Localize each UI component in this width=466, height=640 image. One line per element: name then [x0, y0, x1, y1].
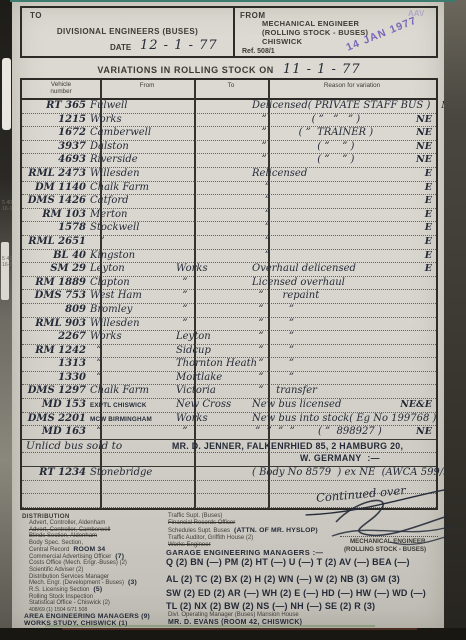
garage-code-line: TL (2) NX (2) BW (2) NS (—) NH (—) SE (2…: [166, 601, 446, 611]
vehicle-number: RT 365: [24, 100, 86, 111]
garage-code-line: SW (2) ED (2) AR (—) WH (2) E (—) HD (—)…: [166, 588, 446, 598]
stock-code: NE: [416, 127, 432, 138]
from-cell: Camberwell: [90, 127, 192, 138]
reason-text: ” ”: [252, 345, 294, 356]
reason-cell: ” ”: [252, 318, 432, 329]
sold-note-right: MR. D. JENNER, FALKENRHIED 85, 2 HAMBURG…: [172, 441, 403, 451]
variations-table: Vehicle number From To Reason for variat…: [20, 78, 438, 510]
reason-text: Delicensed: [252, 100, 308, 111]
reason-cell: ” transfer: [252, 385, 432, 396]
reason-cell: ” ”: [252, 372, 432, 383]
table-row: 1330 ”Mortlake ” ”: [22, 372, 436, 386]
reason-cell: New bus licensedNE&E: [252, 399, 432, 410]
reason-text: ” transfer: [252, 385, 317, 396]
stock-code: NE: [416, 114, 432, 125]
reason-cell: ”( ” ” )NE: [252, 154, 432, 165]
reason-text: ”: [252, 114, 267, 125]
reason-cell: ”( ” ” )NE: [252, 141, 432, 152]
reason-cell: ”E: [252, 195, 432, 206]
reason-cell: ( Body No 8579 ) ex NE (AWCA 599/917): [252, 467, 432, 478]
title-text: VARIATIONS IN ROLLING STOCK ON: [97, 65, 274, 75]
distribution-item: Advert, Controller, Camberwell: [22, 527, 170, 534]
traffic-item-text: Schedules Supt. Buses: [168, 528, 230, 534]
distribution-item-text: Central Record: [29, 547, 69, 553]
from-cell: Riverside: [90, 154, 192, 165]
reason-text: ( Body No 8579 ) ex NE (AWCA 599/917): [252, 467, 466, 478]
table-row: DM 1140Chalk Farm ”E: [22, 182, 436, 196]
title-date-handwritten: 11 - 1 - 77: [283, 62, 361, 77]
vehicle-number: SM 29: [24, 263, 86, 274]
paper-edge-under-page: [2, 58, 11, 130]
reason-text: ”: [252, 141, 267, 152]
traffic-item-text: Financial Records Officer: [168, 520, 235, 526]
table-row-sold2: W. GERMANY :—: [22, 453, 436, 467]
vehicle-number: DMS 1297: [24, 385, 86, 396]
vehicle-number: RM 1242: [24, 345, 86, 356]
garage-code-line: AL (2) TC (2) BX (2) H (2) WN (—) W (2) …: [166, 574, 446, 584]
reason-text: ”: [252, 154, 267, 165]
date-handwritten: 12 - 1 - 77: [140, 38, 218, 53]
distribution-item: Advert, Controller, Aldenham: [22, 520, 170, 527]
distribution-item: Scientific Adviser (2): [22, 567, 170, 574]
reason-cell: ”E: [252, 209, 432, 220]
reason-cell: ” ” ” ”( ” 898927 )NE: [252, 426, 432, 437]
table-row: BL 40Kingston ”E: [22, 250, 436, 264]
distribution-item: Costs Office (Mech. Engr.-Buses) (2): [22, 560, 170, 567]
from-cell: Stonebridge: [90, 467, 192, 478]
reason-cell: ” ”: [252, 345, 432, 356]
header-box: TO DIVISIONAL ENGINEERS (BUSES) DATE 12 …: [20, 6, 438, 58]
vehicle-number: 1215: [24, 114, 86, 125]
table-row: 809Bromley ” ” ”: [22, 304, 436, 318]
distribution-item-text: Statistical Office - Chiswick (2): [29, 600, 110, 606]
reason-text: ” ”: [252, 358, 294, 369]
table-row: 2267WorksLeyton ” ”: [22, 331, 436, 345]
traffic-item: Traffic Auditor, Griffith House (2): [168, 535, 328, 542]
reason-cell: ”E: [252, 222, 432, 233]
handwritten-annotation: (ATTN. OF MR. HYSLOP): [234, 527, 318, 534]
table-row: DMS 1297Chalk FarmVictoria ” transfer: [22, 385, 436, 399]
table-body: RT 365FulwellDelicensed( PRIVATE STAFF B…: [22, 100, 436, 508]
stock-code: E: [425, 182, 432, 193]
from-cell: Catford: [90, 195, 192, 206]
reason-cell: ”E: [252, 250, 432, 261]
reason-cell: Delicensed( PRIVATE STAFF BUS )NE: [252, 100, 432, 111]
distribution-item: Blinds Section, Aldenham: [22, 533, 170, 540]
table-row: 4693Riverside ”( ” ” )NE: [22, 154, 436, 168]
table-row: MD 163 ” ” ” ” ” ”( ” 898927 )NE: [22, 426, 436, 440]
distribution-title: DISTRIBUTION: [22, 513, 170, 520]
reason-cell: ”E: [252, 236, 432, 247]
vehicle-number: DMS 753: [24, 290, 86, 301]
distribution-item-text: Rolling Stock Inspection: [29, 594, 93, 600]
ref-number: Ref. 508/1: [242, 48, 275, 55]
handwritten-annotation: (3): [128, 579, 137, 586]
table-row: 1672Camberwell ”( ” TRAINER )NE: [22, 127, 436, 141]
from-cell: Stockwell: [90, 222, 192, 233]
table-row: 3937Dalston ”( ” ” )NE: [22, 141, 436, 155]
table-row: RT 365FulwellDelicensed( PRIVATE STAFF B…: [22, 100, 436, 114]
reason-text: ”: [252, 250, 270, 261]
reason-text: ”: [252, 209, 270, 220]
from-cell: Merton: [90, 209, 192, 220]
reason-detail: ( ” ” ): [317, 141, 354, 152]
stock-code: NE: [416, 426, 432, 437]
handwritten-annotation: ROOM 34: [73, 546, 105, 553]
from-cell: Dalston: [90, 141, 192, 152]
stock-code: E: [425, 250, 432, 261]
reason-cell: ” ”: [252, 331, 432, 342]
table-row: MD 153EXPTL CHISWICKNew CrossNew bus lic…: [22, 399, 436, 413]
reason-text: Relicensed: [252, 168, 307, 179]
reason-text: ” ”: [252, 304, 294, 315]
vehicle-number: 1313: [24, 358, 86, 369]
from-cell: Kingston: [90, 250, 192, 261]
vehicle-number: RM 103: [24, 209, 86, 220]
table-row: RM 1889Clapton ”Licensed overhaul: [22, 277, 436, 291]
photo-fringe: [62, 628, 417, 630]
stock-code: E: [425, 168, 432, 179]
col-header-reason: Reason for variation: [268, 83, 436, 90]
operating-manager-line: Divl. Operating Manager (Buses) Mansion …: [168, 612, 299, 618]
signature-scribble: [330, 492, 456, 550]
distribution-item: R.S. Licensing Section(5): [22, 587, 170, 594]
sold-note-continuation: W. GERMANY :—: [300, 453, 380, 463]
vehicle-number: DMS 1426: [24, 195, 86, 206]
to-label: TO: [30, 11, 42, 20]
stock-code: E: [425, 263, 432, 274]
reason-cell: ”( ” TRAINER )NE: [252, 127, 432, 138]
table-row: RML 903Willesden ” ” ”: [22, 318, 436, 332]
table-row: 1578Stockwell ”E: [22, 222, 436, 236]
from-line-2: (ROLLING STOCK - BUSES): [262, 28, 368, 37]
stock-code: NE: [416, 141, 432, 152]
reason-detail: ( Eg No 199768 ): [349, 413, 436, 424]
garage-code-line: Q (2) BN (—) PM (2) HT (—) U (—) T (2) A…: [166, 557, 446, 567]
distribution-item: Central RecordROOM 34: [22, 547, 170, 554]
vehicle-number: 2267: [24, 331, 86, 342]
vehicle-number: 1672: [24, 127, 86, 138]
traffic-item-text: Traffic Auditor, Griffith House (2): [168, 535, 253, 541]
from-cell: ”: [90, 236, 192, 247]
traffic-item: Schedules Supt. Buses(ATTN. OF MR. HYSLO…: [168, 527, 328, 535]
table-row: RM 103Merton ”E: [22, 209, 436, 223]
reason-text: ”: [252, 182, 270, 193]
distribution-item: Rolling Stock Inspection: [22, 594, 170, 601]
reason-detail: ( ” TRAINER ): [299, 127, 374, 138]
photo-edge-top: [10, 0, 456, 2]
reason-detail: ( PRIVATE STAFF BUS ): [308, 100, 431, 111]
distribution-item-text: Distribution Services Manager: [29, 574, 109, 580]
pencil-margin-note: 5 40 16-1: [2, 201, 20, 213]
reason-detail: ( ” 898927 ): [318, 426, 382, 437]
vehicle-number: RML 2651: [24, 236, 86, 247]
stock-code: E: [425, 236, 432, 247]
vehicle-number: MD 163: [24, 426, 86, 437]
table-row: RML 2651 ” ”E: [22, 236, 436, 250]
reason-cell: Overhaul delicensedE: [252, 263, 432, 274]
distribution-items: Advert, Controller, AldenhamAdvert, Cont…: [22, 520, 170, 627]
stock-code: E: [425, 195, 432, 206]
distribution-list: DISTRIBUTION Advert, Controller, Aldenha…: [22, 513, 170, 627]
vehicle-number: 1330: [24, 372, 86, 383]
vehicle-number: DM 1140: [24, 182, 86, 193]
table-row: 1313 ”Thornton Heath ” ”: [22, 358, 436, 372]
reason-cell: Licensed overhaul: [252, 277, 432, 288]
handwritten-annotation: (7): [115, 553, 124, 560]
distribution-item-text: Mech. Engr. (Development - Buses): [29, 580, 124, 586]
reason-text: New bus licensed: [252, 399, 341, 410]
pencil-note-line: 16-1: [2, 207, 20, 213]
distribution-item-text: Advert, Controller, Aldenham: [29, 520, 105, 526]
date-label: DATE: [110, 43, 131, 52]
table-header-row: Vehicle number From To Reason for variat…: [22, 80, 436, 100]
col-header-to: To: [194, 83, 268, 90]
stock-code: E: [425, 222, 432, 233]
reason-detail: ( ” ” ” ): [312, 114, 361, 125]
reason-cell: New bus into stock( Eg No 199768 )NE: [252, 413, 432, 424]
vehicle-number: BL 40: [24, 250, 86, 261]
reason-text: ”: [252, 195, 270, 206]
from-line-1: MECHANICAL ENGINEER: [262, 19, 368, 28]
vehicle-number: RML 2473: [24, 168, 86, 179]
distribution-item-text: Blinds Section, Aldenham: [29, 533, 97, 539]
stock-code: E: [425, 209, 432, 220]
traffic-item-text: Traffic Supt. (Buses): [168, 513, 222, 519]
reason-text: ”: [252, 222, 270, 233]
reason-text: ”: [252, 127, 267, 138]
pencil-note-line: 16-3: [2, 263, 20, 269]
reason-cell: ” ”: [252, 304, 432, 315]
reason-text: Licensed overhaul: [252, 277, 345, 288]
table-row: RM 1242 ”Sidcup ” ”: [22, 345, 436, 359]
reason-detail: ( ” ” ): [317, 154, 354, 165]
header-divider: [233, 8, 235, 56]
pencil-margin-note: 5 42 16-3: [2, 257, 20, 269]
reason-text: ” ”: [252, 331, 294, 342]
vehicle-number: MD 153: [24, 399, 86, 410]
vehicle-number: 3937: [24, 141, 86, 152]
from-cell: Willesden: [90, 168, 192, 179]
table-row: 1215Works ”( ” ” ” )NE: [22, 114, 436, 128]
distribution-item: Commercial Advertising Officer(7): [22, 554, 170, 561]
reason-text: ” repaint: [252, 290, 319, 301]
reason-cell: ” ”: [252, 358, 432, 369]
paper-edge-under-page: [1, 242, 9, 300]
table-row: SM 29LeytonWorksOverhaul delicensedE: [22, 263, 436, 277]
vehicle-number: RT 1234: [24, 467, 86, 478]
vehicle-number: 4693: [24, 154, 86, 165]
to-value: DIVISIONAL ENGINEERS (BUSES): [22, 27, 233, 36]
vehicle-number: 1578: [24, 222, 86, 233]
reason-text: ”: [252, 236, 270, 247]
distribution-item-text: Commercial Advertising Officer: [29, 554, 111, 560]
distribution-item-text: R.S. Licensing Section: [29, 587, 89, 593]
vehicle-number: 809: [24, 304, 86, 315]
vehicle-number: RM 1889: [24, 277, 86, 288]
traffic-item: Financial Records Officer: [168, 520, 328, 527]
distribution-item: Statistical Office - Chiswick (2): [22, 600, 170, 607]
reason-cell: RelicensedE: [252, 168, 432, 179]
handwritten-annotation: (5): [93, 586, 102, 593]
table-row: DMS 753West Ham ” ” repaint: [22, 290, 436, 304]
sold-note-left: Unlicd bus sold to: [26, 440, 122, 452]
reason-cell: ” repaint: [252, 290, 432, 301]
photo-fringe: [45, 625, 375, 627]
reason-text: ” ”: [252, 372, 294, 383]
scanned-memo-photo: TO DIVISIONAL ENGINEERS (BUSES) DATE 12 …: [0, 0, 466, 640]
vehicle-number: DMS 2201: [24, 413, 86, 424]
garage-managers-title: GARAGE ENGINEERING MANAGERS :—: [166, 548, 323, 557]
distribution-item-text: Scientific Adviser (2): [29, 567, 83, 573]
distribution-item-text: Costs Office (Mech. Engr.-Buses) (2): [29, 560, 127, 566]
from-cell: Chalk Farm: [90, 182, 192, 193]
stock-code: NE&E: [400, 399, 432, 410]
reason-text: ” ”: [252, 318, 294, 329]
table-row: DMS 2201MCW BIRMINGHAMWorksNew bus into …: [22, 413, 436, 427]
distribution-item-text: Advert, Controller, Camberwell: [29, 527, 110, 533]
from-cell: Fulwell: [90, 100, 192, 111]
table-row: DMS 1426Catford ”E: [22, 195, 436, 209]
table-row: RML 2473WillesdenRelicensedE: [22, 168, 436, 182]
stock-code: NE: [416, 154, 432, 165]
vehicle-number: RML 903: [24, 318, 86, 329]
table-row: RT 1234Stonebridge( Body No 8579 ) ex NE…: [22, 467, 436, 481]
from-cell: Works: [90, 114, 192, 125]
col-header-vehicle-number: Vehicle number: [22, 82, 100, 95]
document-title: VARIATIONS IN ROLLING STOCK ON11 - 1 - 7…: [20, 60, 438, 78]
reason-cell: ”( ” ” ” )NE: [252, 114, 432, 125]
table-row-sold: Unlicd bus sold toMR. D. JENNER, FALKENR…: [22, 440, 436, 454]
reason-text: Overhaul delicensed: [252, 263, 356, 274]
reason-text: New bus into stock: [252, 413, 349, 424]
reason-cell: ”E: [252, 182, 432, 193]
col-header-from: From: [100, 83, 194, 90]
reason-text: ” ” ” ”: [252, 426, 295, 437]
